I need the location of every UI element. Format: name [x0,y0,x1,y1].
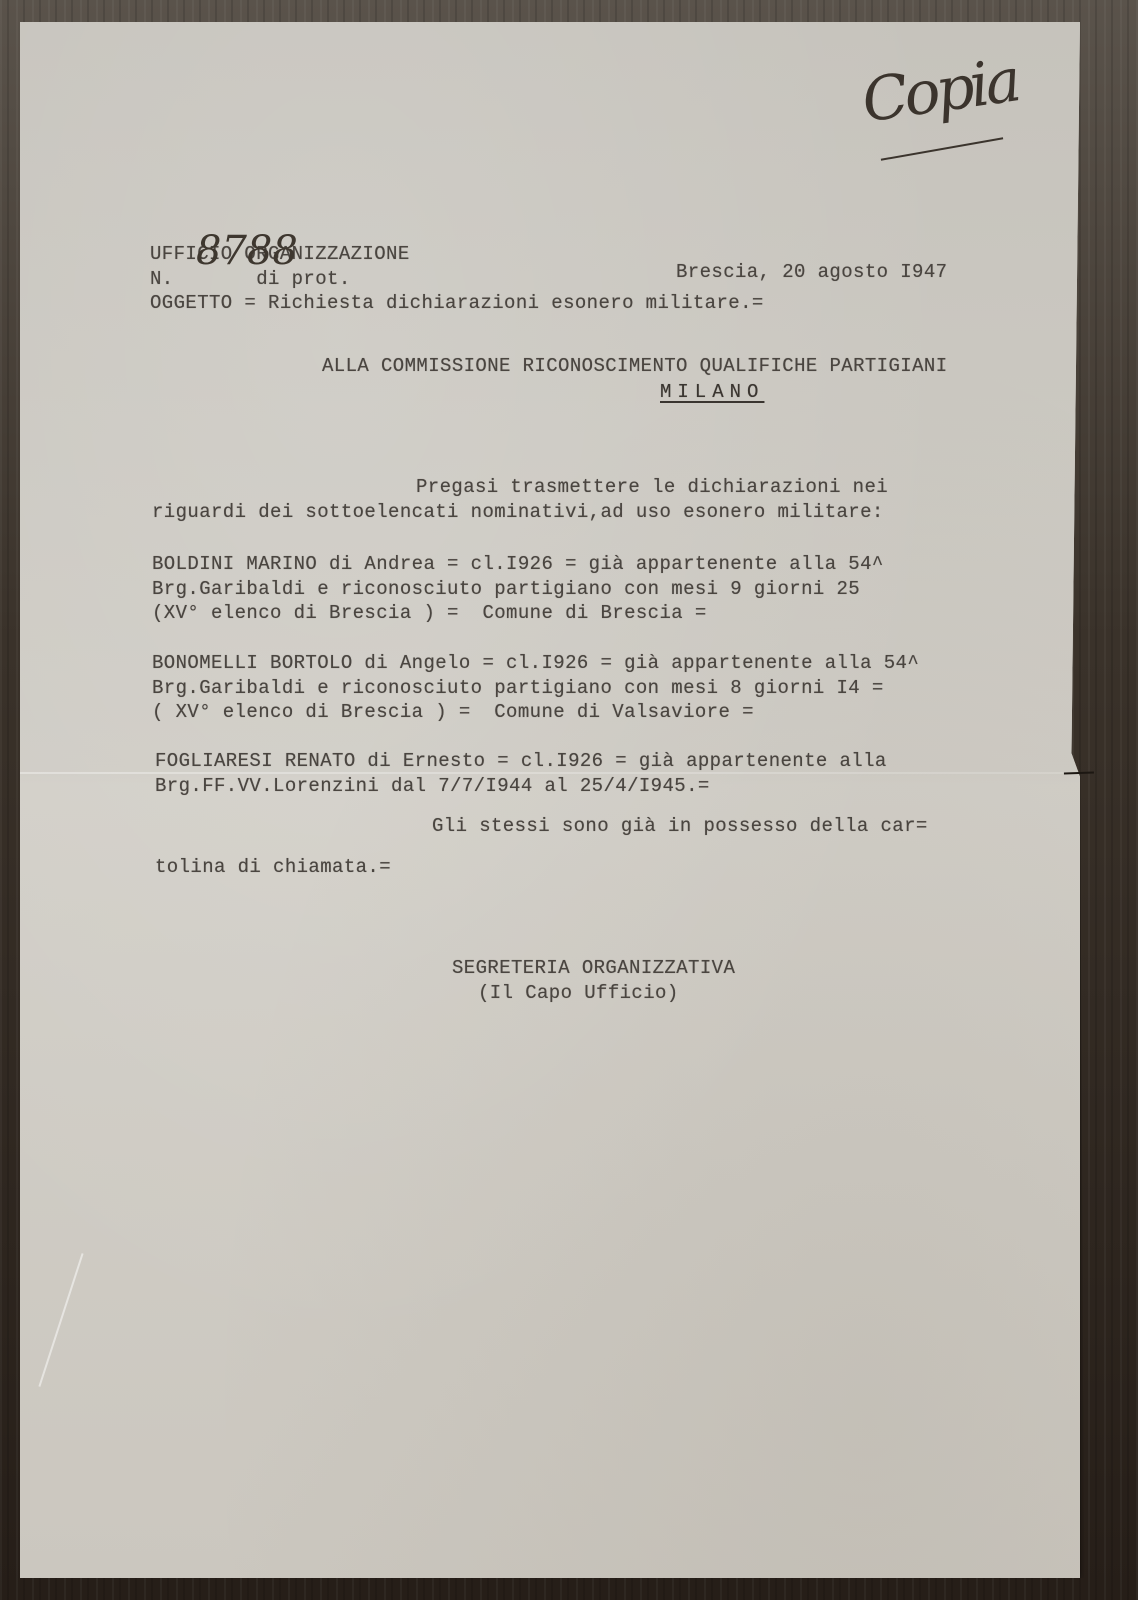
fold-line [20,772,1080,774]
closing-line-1: Gli stessi sono già in possesso della ca… [432,815,928,837]
intro-line-1: Pregasi trasmettere le dichiarazioni nei [416,476,888,498]
signature-office: SEGRETERIA ORGANIZZATIVA [452,957,735,979]
entry-line: BONOMELLI BORTOLO di Angelo = cl.I926 = … [152,652,919,674]
recipient-line: ALLA COMMISSIONE RICONOSCIMENTO QUALIFIC… [322,355,948,377]
entry-line: Brg.Garibaldi e riconosciuto partigiano … [152,578,860,600]
entry-line: ( XV° elenco di Brescia ) = Comune di Va… [152,701,754,723]
entry-line: BOLDINI MARINO di Andrea = cl.I926 = già… [152,553,884,575]
entry-line: FOGLIARESI RENATO di Ernesto = cl.I926 =… [155,750,887,772]
signature-title: (Il Capo Ufficio) [478,982,679,1004]
closing-line-2: tolina di chiamata.= [155,856,391,878]
protocol-label: N. di prot. [150,268,351,290]
entry-line: (XV° elenco di Brescia ) = Comune di Bre… [152,602,707,624]
entry-line: Brg.Garibaldi e riconosciuto partigiano … [152,677,884,699]
edge-tear [1064,771,1094,778]
recipient-city: MILANO [660,381,764,403]
intro-line-2: riguardi dei sottoelencati nominativi,ad… [152,501,884,523]
place-date: Brescia, 20 agosto I947 [676,261,947,283]
subject-line: OGGETTO = Richiesta dichiarazioni esoner… [150,292,764,314]
entry-line: Brg.FF.VV.Lorenzini dal 7/7/I944 al 25/4… [155,775,710,797]
